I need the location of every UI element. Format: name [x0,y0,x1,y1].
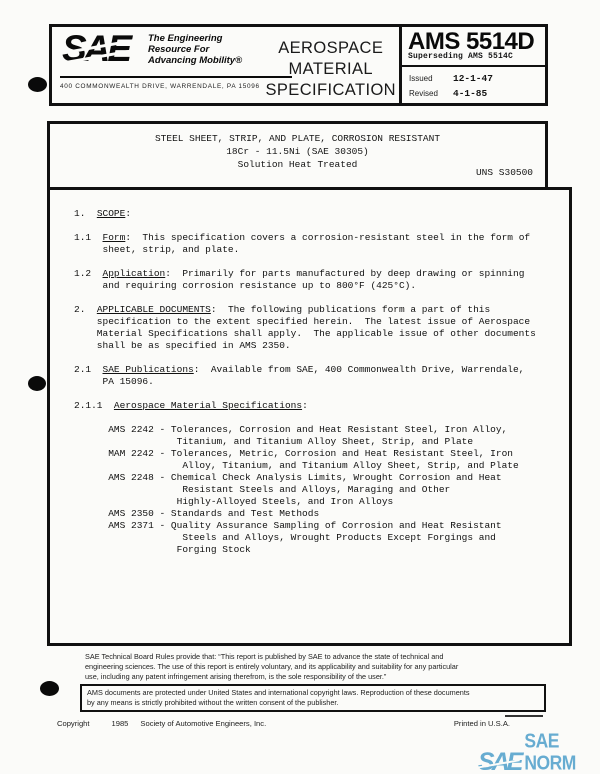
copyright-box-line: AMS documents are protected under United… [87,688,539,698]
body-line [74,412,569,424]
board-rules-line: use, including any patent infringement a… [85,672,535,682]
body-line: Highly-Alloyed Steels, and Iron Alloys [74,496,569,508]
body-line: shall be as specified in AMS 2350. [74,340,569,352]
body-line: AMS 2242 - Tolerances, Corrosion and Hea… [74,424,569,436]
specification-body: 1. SCOPE:1.1 Form: This specification co… [47,187,572,646]
scan-artifact-line [505,715,543,717]
revised-date: 4-1-85 [453,88,487,99]
issued-date: 12-1-47 [453,73,493,84]
body-line: Alloy, Titanium, and Titanium Alloy Shee… [74,460,569,472]
watermark-name: SAE NORM [524,730,598,774]
body-line [74,292,569,304]
title-line-3: Solution Heat Treated [50,158,545,171]
uns-number: UNS S30500 [476,166,533,179]
body-line: sheet, strip, and plate. [74,244,569,256]
sae-logo-text: SAE [62,28,129,69]
title-line-1: STEEL SHEET, STRIP, AND PLATE, CORROSION… [50,132,545,145]
body-line: 2.1 SAE Publications: Available from SAE… [74,364,569,376]
board-rules-line: SAE Technical Board Rules provide that: … [85,652,535,662]
body-line: AMS 2350 - Standards and Test Methods [74,508,569,520]
copyright-label: Copyright [57,719,90,728]
punch-hole-dot [28,376,46,391]
body-line: and requiring corrosion resistance up to… [74,280,569,292]
document-type-title: AEROSPACE MATERIAL SPECIFICATION [266,38,397,101]
body-line [74,352,569,364]
body-line: 2.1.1 Aerospace Material Specifications: [74,400,569,412]
body-line: AMS 2371 - Quality Assurance Sampling of… [74,520,569,532]
body-line: AMS 2248 - Chemical Check Analysis Limit… [74,472,569,484]
logo-rule-divider [60,76,292,78]
issued-row: Issued 12-1-47 [409,73,539,84]
doc-type-line: MATERIAL [266,59,397,80]
revised-row: Revised 4-1-85 [409,88,539,99]
tagline-line: The Engineering [148,33,242,44]
body-line: MAM 2242 - Tolerances, Metric, Corrosion… [74,448,569,460]
copyright-row: Copyright 1985 Society of Automotive Eng… [57,719,510,728]
tagline-line: Advancing Mobility® [148,55,242,66]
body-line: Resistant Steels and Alloys, Maraging an… [74,484,569,496]
body-line: Forging Stock [74,544,569,556]
punch-hole-dot [40,681,59,696]
printed-in-usa: Printed in U.S.A. [454,719,510,728]
spec-number-block: AMS 5514D Superseding AMS 5514C [402,27,545,67]
body-line [74,220,569,232]
watermark-row: SAE SAE NORM [478,736,598,774]
copyright-protection-box: AMS documents are protected under United… [80,684,546,712]
body-line: 1.2 Application: Primarily for parts man… [74,268,569,280]
body-line: 2. APPLICABLE DOCUMENTS: The following p… [74,304,569,316]
body-line: Titanium, and Titanium Alloy Sheet, Stri… [74,436,569,448]
issued-label: Issued [409,74,453,83]
sae-logo: SAE [62,29,129,69]
copyright-year: 1985 [112,719,129,728]
revised-label: Revised [409,89,453,98]
sae-norm-watermark: SAE SAE NORM INTERNATIONAL CLEARANCE [478,736,598,774]
copyright-box-line: by any means is strictly prohibited with… [87,698,539,708]
board-rules-note: SAE Technical Board Rules provide that: … [85,652,535,681]
copyright-holder: Society of Automotive Engineers, Inc. [140,719,266,728]
body-text: 1. SCOPE:1.1 Form: This specification co… [74,208,569,556]
sae-tagline: The Engineering Resource For Advancing M… [148,33,242,66]
title-line-2: 18Cr - 11.5Ni (SAE 30305) [50,145,545,158]
doc-type-line: SPECIFICATION [266,80,397,101]
spec-number-cell: AMS 5514D Superseding AMS 5514C Issued 1… [399,27,545,103]
body-line: specification to the extent specified he… [74,316,569,328]
punch-hole-dot [28,77,47,92]
doc-type-line: AEROSPACE [266,38,397,59]
body-line: Material Specifications shall apply. The… [74,328,569,340]
sae-norm-logo-icon: SAE [478,750,520,774]
body-line [74,256,569,268]
tagline-line: Resource For [148,44,242,55]
header-left-cell: SAE The Engineering Resource For Advanci… [52,27,399,103]
body-line [74,388,569,400]
spec-dates-block: Issued 12-1-47 Revised 4-1-85 [402,67,545,103]
body-line: 1. SCOPE: [74,208,569,220]
body-line: Steels and Alloys, Wrought Products Exce… [74,532,569,544]
header-box: SAE The Engineering Resource For Advanci… [49,24,548,106]
sae-address: 400 COMMONWEALTH DRIVE, WARRENDALE, PA 1… [60,83,260,90]
body-line: 1.1 Form: This specification covers a co… [74,232,569,244]
board-rules-line: engineering sciences. The use of this re… [85,662,535,672]
title-block: STEEL SHEET, STRIP, AND PLATE, CORROSION… [47,121,548,192]
body-line: PA 15096. [74,376,569,388]
